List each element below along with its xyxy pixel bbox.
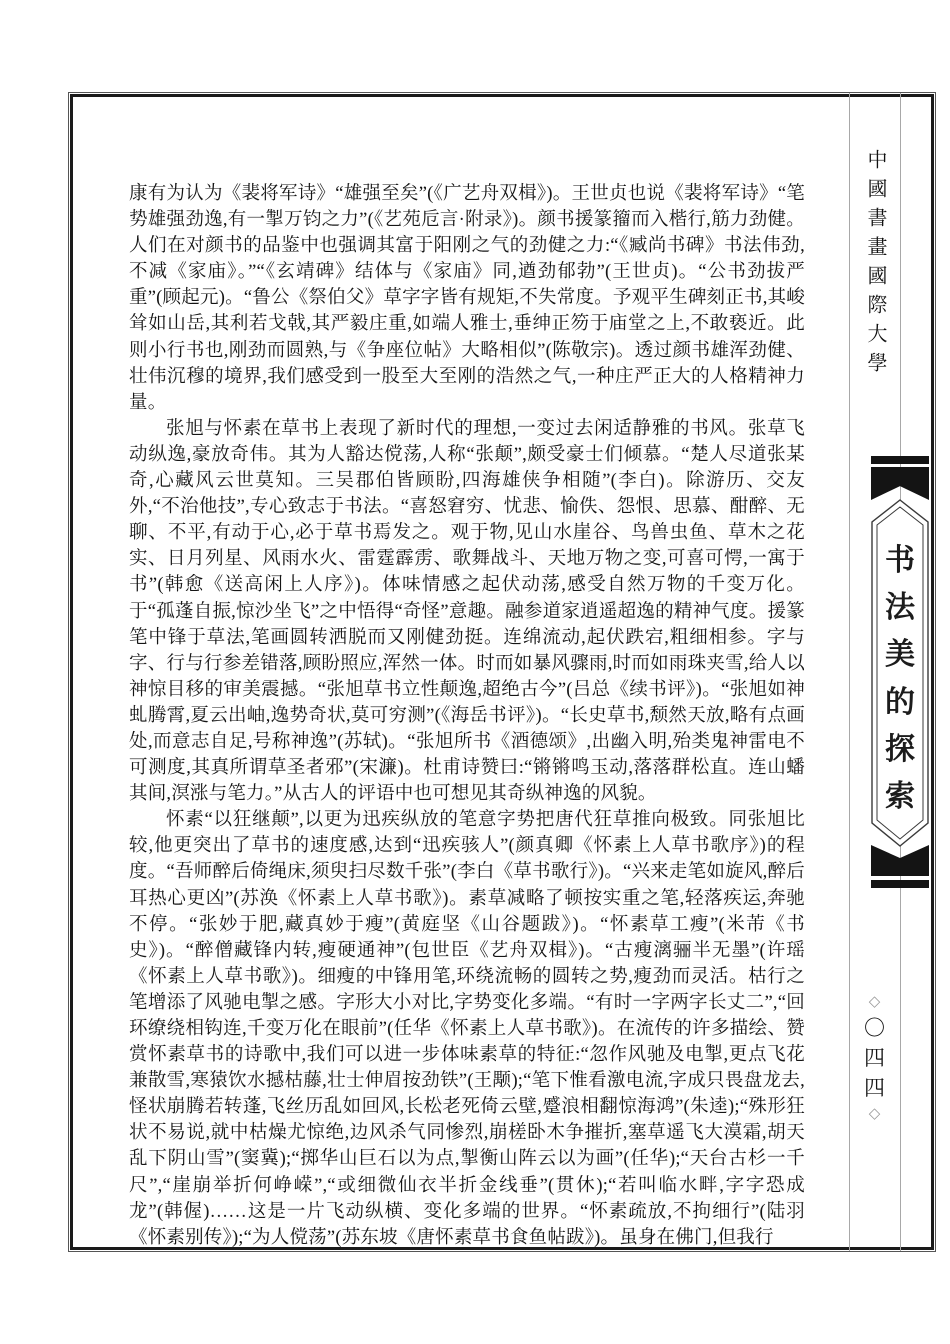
body-paragraph-1: 康有为认为《裴将军诗》“雄强至矣”(《广艺舟双楫》)。王世贞也说《裴将军诗》“笔… — [129, 181, 805, 416]
banner-title-characters: 书 法 美 的 探 索 — [871, 535, 929, 815]
main-text-block: 康有为认为《裴将军诗》“雄强至矣”(《广艺舟双楫》)。王世贞也说《裴将军诗》“笔… — [129, 181, 805, 1251]
page-number-digit: 四 — [864, 1047, 885, 1070]
diamond-ornament-icon: ◇ — [869, 995, 881, 1010]
banner-char: 书 — [885, 535, 915, 579]
page-frame: 康有为认为《裴将军诗》“雄强至矣”(《广艺舟双楫》)。王世贞也说《裴将军诗》“笔… — [68, 92, 936, 1252]
page-number-digit: 四 — [864, 1077, 885, 1100]
institution-vertical-title: 中國書畫國際大學 — [857, 149, 893, 381]
banner-char: 探 — [885, 724, 915, 768]
banner-bottom-ribbon — [871, 845, 929, 876]
body-paragraph-3: 怀素“以狂继颠”,以更为迅疾纵放的笔意字势把唐代狂草推向极致。同张旭比较,他更突… — [129, 807, 805, 1251]
banner-char: 美 — [885, 629, 915, 673]
page-number-column: ◇ 〇 四 四 ◇ — [849, 995, 900, 1122]
banner-char: 法 — [885, 582, 915, 626]
diamond-ornament-icon: ◇ — [869, 1107, 881, 1122]
page-number-digit: 〇 — [864, 1017, 885, 1040]
banner-top-bar — [871, 456, 929, 464]
body-paragraph-2: 张旭与怀素在草书上表现了新时代的理想,一变过去闲适静雅的书风。张草飞动纵逸,豪放… — [129, 416, 805, 807]
book-title-banner: 书 法 美 的 探 索 — [871, 456, 929, 888]
banner-body: 书 法 美 的 探 索 — [871, 499, 929, 847]
banner-char: 的 — [885, 677, 915, 721]
banner-bottom-bar — [871, 880, 929, 888]
banner-char: 索 — [885, 771, 915, 815]
banner-top-ribbon — [871, 467, 929, 500]
